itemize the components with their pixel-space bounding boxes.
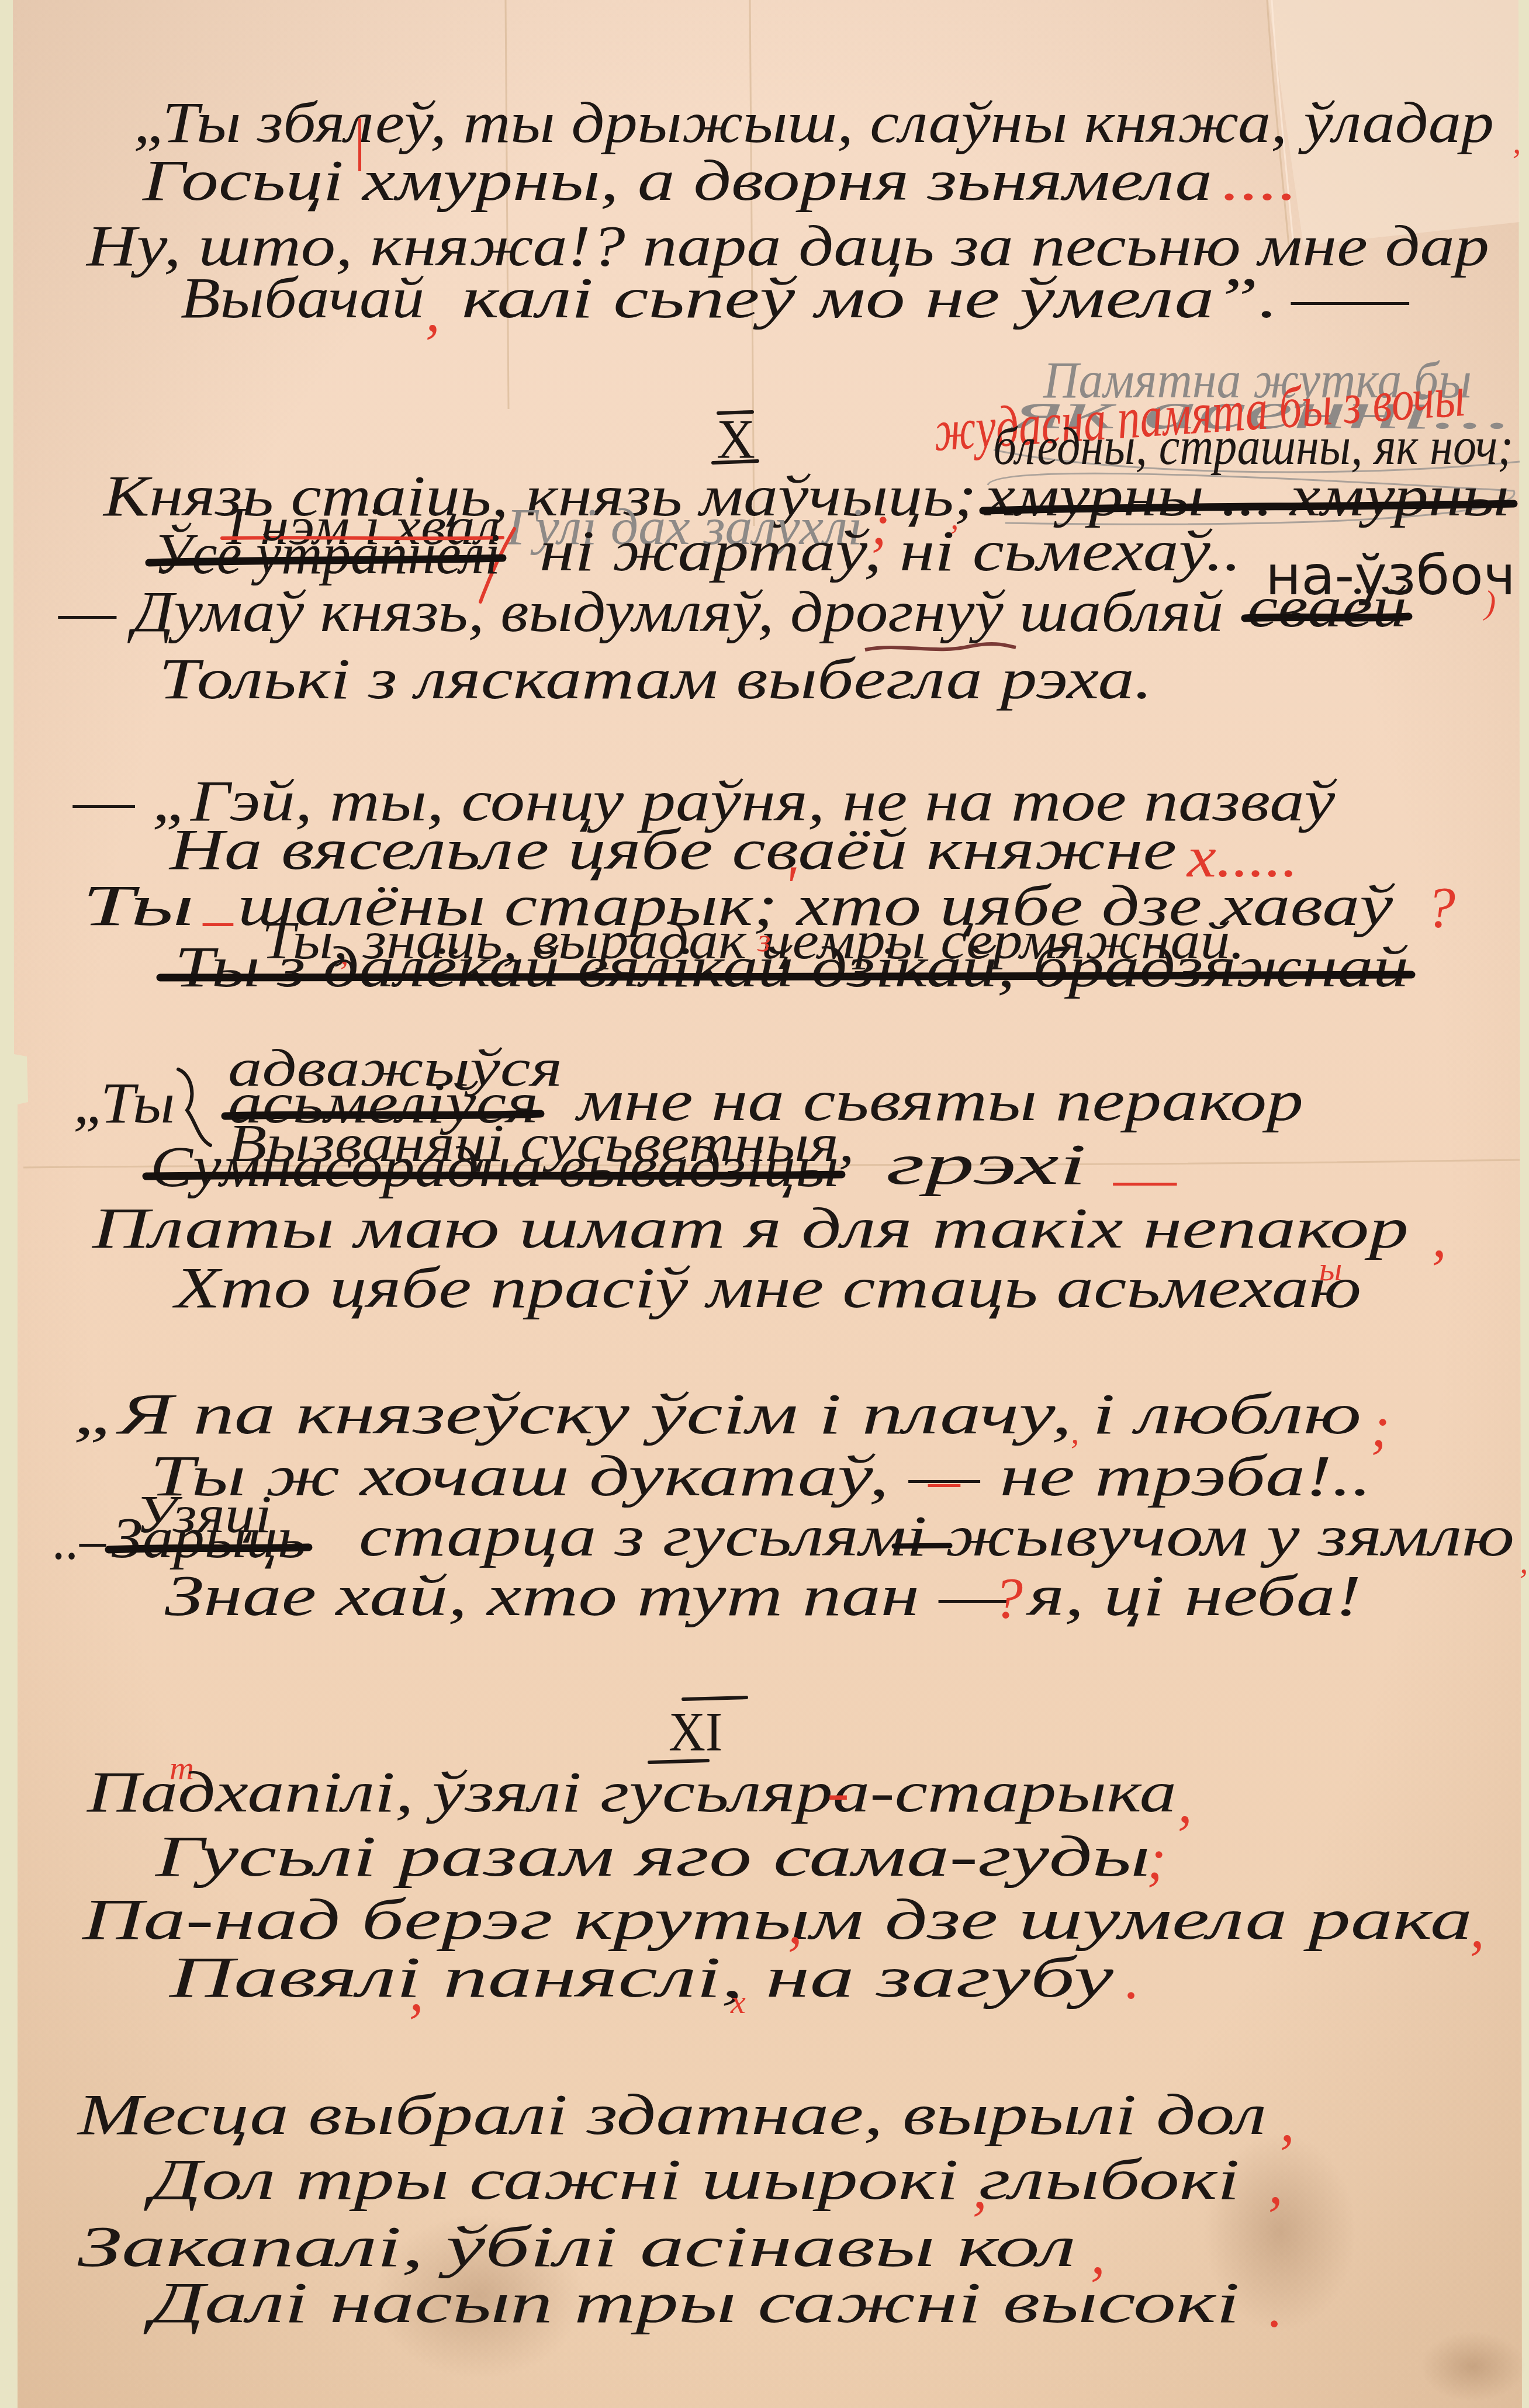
x-s4-line-2: Ты ж хочаш дукатаў, — не трэба!.. [150, 1443, 1372, 1508]
red-comma: , [1513, 123, 1521, 161]
opening-line-4-end: калі сьпеў мо не ўмела”. [462, 265, 1278, 330]
strike-through-line [160, 975, 1412, 978]
xi-s2-line-3: Закапалі, ўбілі асінавы кол [78, 2214, 1076, 2279]
red-hyphen: - [827, 1759, 849, 1824]
xi-s1-line-2: Гусьлі разам яго сама-гуды [155, 1824, 1150, 1889]
x-s3-line-3: Платы маю шмат я для такіх непакор [92, 1196, 1409, 1260]
strike-through-line [146, 1174, 842, 1176]
x-s3-line-4: Хто цябе прасіў мне стаць асьмехаю [172, 1255, 1361, 1320]
opening-line-2: Госьці хмурны, а дворня зьнямела [142, 148, 1212, 213]
strike-through-line [149, 558, 503, 563]
x-s2-line-2: На вясельле цябе сваёй княжне [168, 817, 1177, 882]
x-s4-line-4: Знае хай, хто тут пан — я, ці неба! [165, 1563, 1361, 1628]
red-comma: , [426, 279, 440, 344]
numeral-overline [683, 1697, 746, 1699]
red-semicolon: ; [1147, 1827, 1166, 1891]
xi-s1-line-3: Па-над берэг крутым дзе шумела рака [82, 1887, 1472, 1952]
red-semicolon: ; [1371, 1394, 1390, 1459]
xi-s1-line-1: Падхапілі, ўзялі гусьляра-старыка [87, 1759, 1177, 1824]
x-s1-line-4: Толькі з ляскатам выбегла рэха. [159, 646, 1153, 711]
strike-through-line [1245, 616, 1409, 618]
paper-stain [1420, 2331, 1525, 2402]
struck-text: Сумнасорадна вывадзіцы [150, 1134, 839, 1199]
red-comma: , [1280, 2089, 1295, 2154]
xi-s1-line-4: Павялі паняслі, на загубу [168, 1945, 1113, 2009]
x-s4-line-3: старца з гусьлямі жывучом у зямлю [359, 1503, 1514, 1568]
red-bracket: ) [1483, 583, 1496, 621]
red-comma: , [409, 1958, 424, 2023]
struck-text: Ўсе ўтрапнелі [154, 521, 500, 586]
red-dash: — [928, 1447, 960, 1512]
red-comma: , [1268, 2151, 1283, 2216]
x-s4-line-3-lead: ..– [53, 1507, 106, 1572]
red-question-mark: ? [994, 1565, 1023, 1630]
xi-s2-line-2: Дол тры сажні шырокі глыбокі [144, 2147, 1240, 2212]
x-s3-line-2: грэхі [886, 1132, 1087, 1197]
red-comma: , [1520, 1543, 1528, 1581]
struck-text: сваёй [1247, 574, 1407, 639]
opening-line-4-start: Выбачай [181, 265, 424, 330]
opening-line-1: „Ты збялеў, ты дрыжыш, слаўны княжа, ўла… [133, 90, 1494, 155]
xi-s2-line-1: Месца выбралі здатнае, вырылі дол [76, 2082, 1267, 2147]
x-s1-line-2: ні жартаў, ні сьмехаў.. [539, 518, 1241, 583]
red-comma: , [1178, 1770, 1192, 1835]
red-question-mark: ? [1426, 875, 1455, 940]
x-s2-line-3-start: Ты [82, 873, 194, 938]
strike-through-line [109, 1547, 309, 1550]
manuscript-page: „Ты збялеў, ты дрыжыш, слаўны княжа, ўла… [0, 0, 1529, 2408]
x-s3-line-1-start: „Ты [73, 1070, 175, 1135]
red-cross-mark: x [730, 1983, 746, 2021]
xi-s2-line-4: Далі насып тры сажні высокі [143, 2270, 1240, 2335]
red-period: . [1125, 1946, 1140, 2011]
closing-dash: — [1291, 265, 1410, 330]
red-comma: , [1432, 1204, 1447, 1269]
red-comma: , [1470, 1895, 1485, 1960]
x-s4-line-1: „Я па князеўску ўсім і плачу, і люблю [73, 1381, 1361, 1446]
x-s1-line-3: — Думаў князь, выдумляў, дрогнуў шабляй [58, 579, 1223, 644]
struck-text: Ты з далёкай вялікай дзікай, брадзяжнай [175, 934, 1409, 999]
section-numeral-xi: XI [669, 1700, 722, 1763]
strike-through-line [894, 1546, 950, 1546]
red-comma: , [973, 2156, 987, 2220]
red-ellipsis: .... [1222, 148, 1298, 213]
numeral-underline [713, 461, 757, 463]
red-period: . [1268, 2275, 1283, 2340]
struck-text: Зарыць [112, 1505, 306, 1570]
